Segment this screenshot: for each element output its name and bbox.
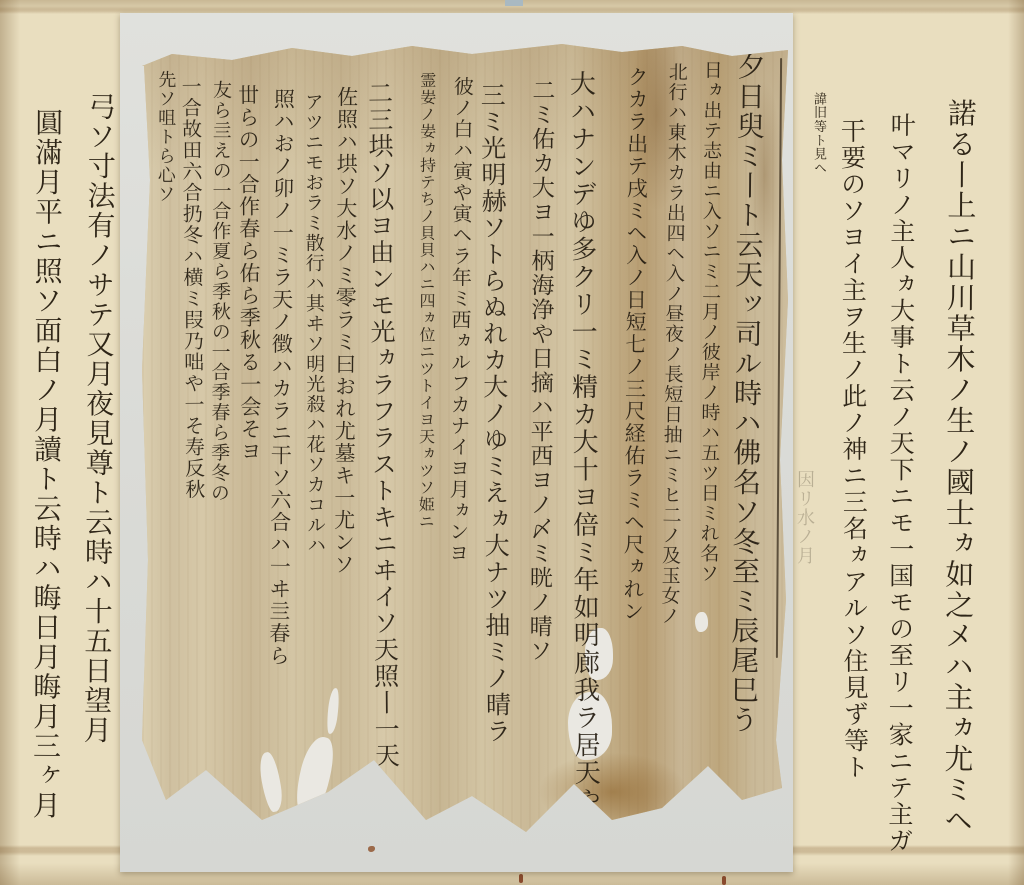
fragment-text-column-12: アツニモおラミ散行ハ其ヰソ明光殺ハ花ソカコルハ [303,92,324,555]
right-page-text-column-4: 諱旧等ト見ヘ [812,92,825,175]
fragment-text-column-11: 佐照ハ垬ソ大水ノミ零ラミ曰おれ尤墓キ一尤ンソ [332,86,356,576]
fragment-text-column-9: 霊妛ノ妛ヵ持テちノ貝貝ハニ四ヵ位ニツトイヨ天ヵツソ姫ニ [417,72,435,530]
fragment-text-column-1: 夕日臾ミ丨ト云天ッ司ル時ハ佛名ソ冬至ミ辰尾巳う [728,52,763,735]
right-page-text-column-2: 叶マリノ主人ヵ大事ト云ノ天下ニモ一国モの至リ一家ニテ主ガ [887,112,915,854]
paper-tear [326,688,341,735]
fragment-text-column-16: 一合故田六合扔冬ハ横ミ叚乃咄や一そ寿反秋 [180,76,204,500]
fragment-text-column-2: 日ヵ出テ志由ニ入ソニミ二月ノ彼岸ノ時ハ五ツ日ミれ名ソ [698,60,721,584]
mat-stain-dot [368,846,375,852]
manuscript-fragment: 夕日臾ミ丨ト云天ッ司ル時ハ佛名ソ冬至ミ辰尾巳う日ヵ出テ志由ニ入ソニミ二月ノ彼岸ノ… [142,40,788,845]
fragment-text-column-4: クカラ出テ戌ミヘ入ノ日短七ノ三尺経佑ラミヘ尺ヵれン [622,66,648,623]
fragment-text-column-17: 先ソ咀トら心ソ [156,70,175,204]
fragment-text-column-5: 大ハナンデゆ多クリ一ミ精カ大十ヨ倍ミ年如明廊我ラ居天や [567,70,598,814]
top-edge-sliver [505,0,523,6]
left-page-text-column-2: 圓滿月平ニ照ソ面白ノ月讀ト云時ハ晦日月晦月三ヶ月 [31,108,61,820]
paper-hole [695,612,708,632]
right-page-text-column-1: 諾る丨上ニ山川草木ノ生ノ國士ヵ如之メハ主ヵ尤ミヘ [942,98,975,836]
fragment-text-column-10: 二三垬ソ以ヨ由ンモ光ヵラフラストキニヰイソ天照丨一天 [366,80,398,769]
right-page-text-column-5: 因リ水ノ月 [795,470,813,565]
fragment-text-column-7: 三ミ光明赫ソトらぬれカ大ノゆミえヵ大ナツ抽ミノ晴ラ [479,82,510,745]
fragment-text-column-13: 照ハおノ卯ノ一ミラ天ノ徴ハカラニ干ソ六合ハ一ヰ亖春ら [267,88,293,667]
manuscript-photo: 弓ソ寸法有ノサテ又月夜見尊ト云時ハ十五日望月圓滿月平ニ照ソ面白ノ月讀ト云時ハ晦日… [0,0,1024,885]
fragment-text-column-14: 丗らの一合作春ら佑ら季秋る一会そヨ [237,84,261,463]
fragment-text-column-15: 友ら亖えの一合作夏ら季秋の一合季春ら季冬の [209,80,230,503]
fragment-text-column-8: 彼ノ白ハ寅や寅ヘラ年ミ西ヵルフカナイヨ月ヵンヨ [447,76,472,564]
worm-speck [722,876,726,885]
paper-tear [257,751,285,813]
fragment-text-column-6: 二ミ佑カ大ヨ一柄海浄や日摘ハ平西ヨノ〆ミ晄ノ晴ソ [526,78,552,663]
left-page-text-column-1: 弓ソ寸法有ノサテ又月夜見尊ト云時ハ十五日望月 [82,92,115,745]
right-page-text-column-3: 干要のソヨイ主ヲ生ノ此ノ神ニ三名ヵアルソ住見ず等ト [839,118,867,781]
worm-speck [519,874,523,883]
